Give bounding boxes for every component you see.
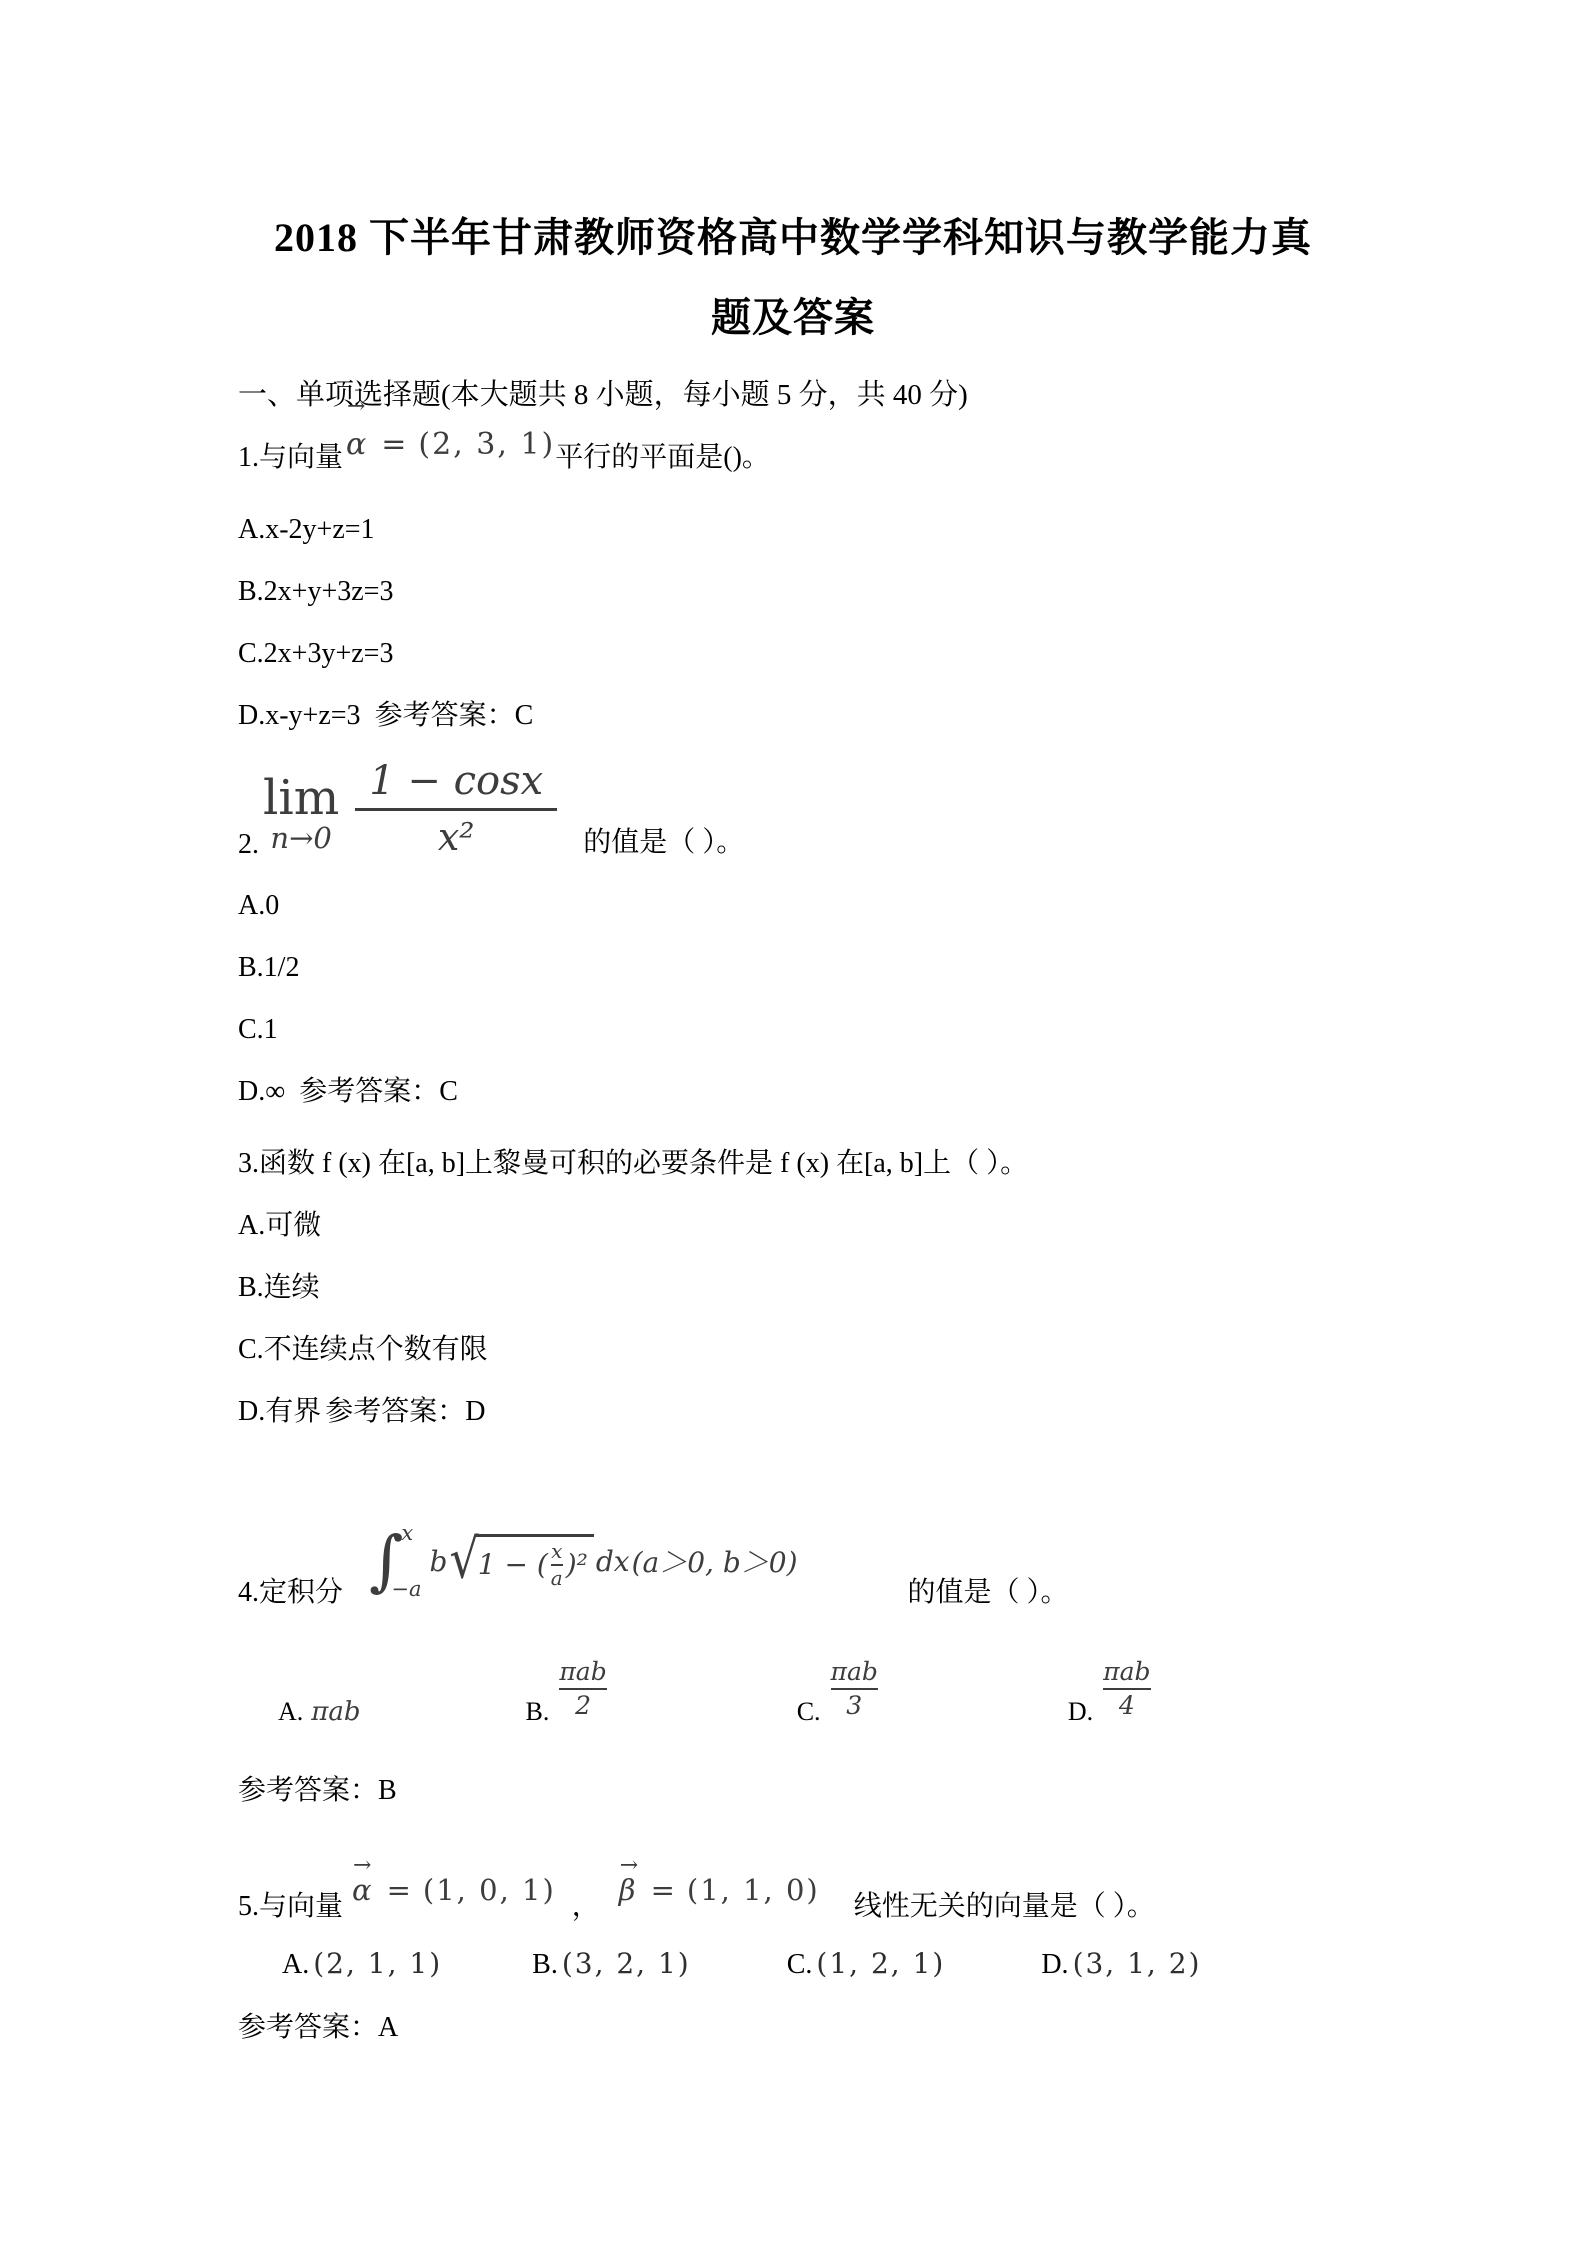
vector-arrow-icon: → [620, 1855, 638, 1877]
answer-label: 参考答案： [238, 1775, 378, 1806]
answer-label: 参考答案： [299, 1076, 439, 1107]
question-5-answer: 参考答案：A [238, 2006, 1446, 2050]
document-title: 2018 下半年甘肃教师资格高中数学学科知识与教学能力真 题及答案 [0, 198, 1586, 358]
question-5: 5.与向量 →α=(1, 0, 1) ， →β=(1, 1, 0) 线性无关的向… [238, 1861, 1446, 1927]
question-5-formula-beta: →β=(1, 1, 0) [616, 1873, 820, 1907]
question-3-option-d: D.有界参考答案：D [238, 1381, 1446, 1443]
question-4-integral-formula: ∫ x −a b √ 1 − ( x a )² [369, 1521, 797, 1601]
question-5-option-b: B.(3, 2, 1) [532, 1941, 691, 1988]
question-3-option-c: C.不连续点个数有限 [238, 1319, 1446, 1381]
question-4-option-c: C. πab 3 [797, 1668, 878, 1729]
question-1-option-a: A.x-2y+z=1 [238, 499, 1446, 561]
answer-label: 参考答案： [375, 700, 515, 731]
condition: (a＞0, b＞0) [632, 1541, 798, 1581]
answer-value: D [465, 1396, 485, 1427]
question-5-options: A.(2, 1, 1) B.(3, 2, 1) C.(1, 2, 1) D.(3… [238, 1941, 1446, 1988]
answer-label: 参考答案： [238, 2012, 378, 2043]
question-4-prefix: 4.定积分 [238, 1573, 343, 1613]
question-2-limit-formula: lim n→0 1 − cosx x² [263, 764, 557, 865]
question-3-option-a: A.可微 [238, 1195, 1446, 1257]
integral-lower-limit: −a [391, 1577, 421, 1601]
fraction-bar [559, 1688, 606, 1690]
question-1-prefix: 1.与向量 [238, 442, 343, 473]
question-4-option-a: A. πab [278, 1695, 361, 1729]
question-5-option-d: D.(3, 1, 2) [1041, 1941, 1201, 1988]
question-2-option-c: C.1 [238, 999, 1446, 1061]
fraction-bar [831, 1688, 878, 1690]
integral-upper-limit: x [401, 1521, 413, 1545]
answer-value: A [378, 2012, 398, 2043]
question-4-suffix: 的值是（ ）。 [908, 1573, 1069, 1613]
answer-value: B [378, 1775, 397, 1806]
document-body: 一、单项选择题(本大题共 8 小题，每小题 5 分，共 40 分) 1.与向量→… [0, 374, 1586, 2050]
question-2-option-d: D.∞参考答案：C [238, 1061, 1446, 1123]
fraction-numerator: 1 − cosx [355, 758, 557, 808]
question-1-option-d: D.x-y+z=3参考答案：C [238, 685, 1446, 747]
question-4-option-d: D. πab 4 [1068, 1668, 1151, 1729]
vector-alpha: →α [343, 414, 371, 476]
question-4-option-b: B. πab 2 [526, 1668, 607, 1729]
coefficient: b [430, 1545, 448, 1578]
vector-arrow-icon: → [347, 396, 365, 418]
question-5-prefix: 5.与向量 [238, 1887, 343, 1927]
question-1-suffix: 平行的平面是()。 [555, 442, 770, 473]
vector-alpha: →α [349, 1873, 377, 1907]
answer-value: C [439, 1076, 458, 1107]
fraction: πab 4 [1103, 1658, 1150, 1719]
question-5-formula-alpha: →α=(1, 0, 1) [349, 1873, 556, 1907]
question-5-suffix: 线性无关的向量是（ ）。 [854, 1887, 1155, 1927]
question-3: 3.函数 f (x) 在[a, b]上黎曼可积的必要条件是 f (x) 在[a,… [238, 1133, 1446, 1195]
radical-sign: √ [449, 1529, 478, 1589]
document-page: 2018 下半年甘肃教师资格高中数学学科知识与教学能力真 题及答案 一、单项选择… [0, 0, 1586, 2244]
question-2-suffix: 的值是（ ）。 [583, 823, 744, 865]
square-root: √ 1 − ( x a )² [449, 1534, 593, 1589]
vector-beta: →β [616, 1873, 641, 1907]
question-2-option-b: B.1/2 [238, 937, 1446, 999]
question-2: 2. lim n→0 1 − cosx x² 的值是（ ）。 [238, 761, 1446, 865]
differential: dx [596, 1545, 630, 1578]
inline-fraction: x a [551, 1541, 563, 1589]
vector-arrow-icon: → [353, 1855, 371, 1877]
question-4-answer: 参考答案：B [238, 1769, 1446, 1813]
question-5-option-c: C.(1, 2, 1) [787, 1941, 946, 1988]
separator: ， [572, 1887, 600, 1927]
question-4-options: A. πab B. πab 2 C. πab 3 D. [238, 1649, 1446, 1729]
question-1-option-c: C.2x+3y+z=3 [238, 623, 1446, 685]
title-line-2: 题及答案 [0, 278, 1586, 358]
lim-subscript: n→0 [270, 822, 331, 855]
answer-value: C [515, 700, 534, 731]
fraction: 1 − cosx x² [355, 758, 557, 859]
section-heading: 一、单项选择题(本大题共 8 小题，每小题 5 分，共 40 分) [238, 374, 1446, 416]
question-2-option-a: A.0 [238, 875, 1446, 937]
question-1-option-b: B.2x+y+3z=3 [238, 561, 1446, 623]
fraction: πab 3 [831, 1658, 878, 1719]
fraction-denominator: x² [438, 811, 475, 859]
fraction: πab 2 [559, 1658, 606, 1719]
question-5-option-a: A.(2, 1, 1) [282, 1941, 442, 1988]
question-4: 4.定积分 ∫ x −a b √ 1 − ( x a [238, 1489, 1446, 1613]
lim-operator: lim [263, 774, 339, 822]
title-line-1: 2018 下半年甘肃教师资格高中数学学科知识与教学能力真 [0, 198, 1586, 278]
question-1: 1.与向量→α=(2, 3, 1)平行的平面是()。 [238, 426, 1446, 489]
fraction-bar [1103, 1688, 1150, 1690]
question-3-option-b: B.连续 [238, 1257, 1446, 1319]
answer-label: 参考答案： [325, 1396, 465, 1427]
question-2-prefix: 2. [238, 825, 259, 865]
question-1-formula: →α=(2, 3, 1) [343, 427, 555, 462]
